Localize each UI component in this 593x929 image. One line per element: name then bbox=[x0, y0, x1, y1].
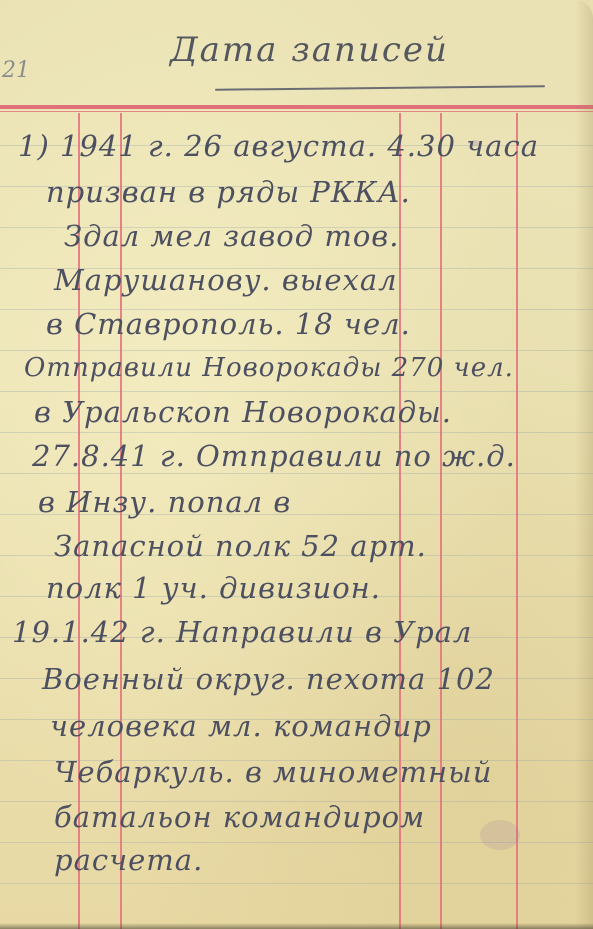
red-header-rule bbox=[0, 105, 593, 109]
entry-line: 27.8.41 г. Отправили по ж.д. bbox=[32, 442, 516, 471]
page-bottom-edge bbox=[0, 923, 593, 929]
page-title: Дата записей bbox=[170, 30, 449, 70]
entry-line: 19.1.42 г. Направили в Урал bbox=[12, 618, 472, 647]
ink-smudge bbox=[480, 820, 520, 850]
ruled-line bbox=[0, 350, 593, 351]
entry-line: Запасной полк 52 арт. bbox=[54, 532, 427, 561]
entry-line: 1) 1941 г. 26 августа. 4.30 часа bbox=[18, 132, 539, 161]
entry-line: Чебаркуль. в минометный bbox=[54, 758, 492, 787]
ruled-line bbox=[0, 391, 593, 392]
entry-line: Отправили Новорокады 270 чел. bbox=[24, 355, 514, 381]
red-header-rule-thin bbox=[0, 111, 593, 112]
entry-line: призван в ряды РККА. bbox=[46, 178, 411, 207]
ruled-line bbox=[0, 432, 593, 433]
page-edge-shadow bbox=[575, 0, 593, 929]
entry-line: Военный округ. пехота 102 bbox=[42, 665, 495, 694]
column-rule bbox=[516, 113, 518, 929]
corner-page-mark: 21 bbox=[2, 58, 30, 83]
title-underline bbox=[215, 85, 545, 90]
ruled-line bbox=[0, 473, 593, 474]
notebook-page: 21 Дата записей 1) 1941 г. 26 августа. 4… bbox=[0, 0, 593, 929]
entry-line: Марушанову. выехал bbox=[54, 266, 398, 295]
entry-line: в Уральскоп Новорокады. bbox=[34, 398, 452, 427]
entry-line: полк 1 уч. дивизион. bbox=[46, 574, 381, 603]
entry-line: человека мл. командир bbox=[50, 712, 432, 741]
entry-line: расчета. bbox=[54, 846, 203, 875]
ruled-line bbox=[0, 883, 593, 884]
entry-line: в Ставрополь. 18 чел. bbox=[46, 310, 411, 339]
entry-line: в Инзу. попал в bbox=[38, 488, 291, 517]
column-rule bbox=[440, 113, 442, 929]
entry-line: батальон командиром bbox=[54, 803, 425, 832]
entry-line: Здал мел завод тов. bbox=[64, 222, 399, 251]
